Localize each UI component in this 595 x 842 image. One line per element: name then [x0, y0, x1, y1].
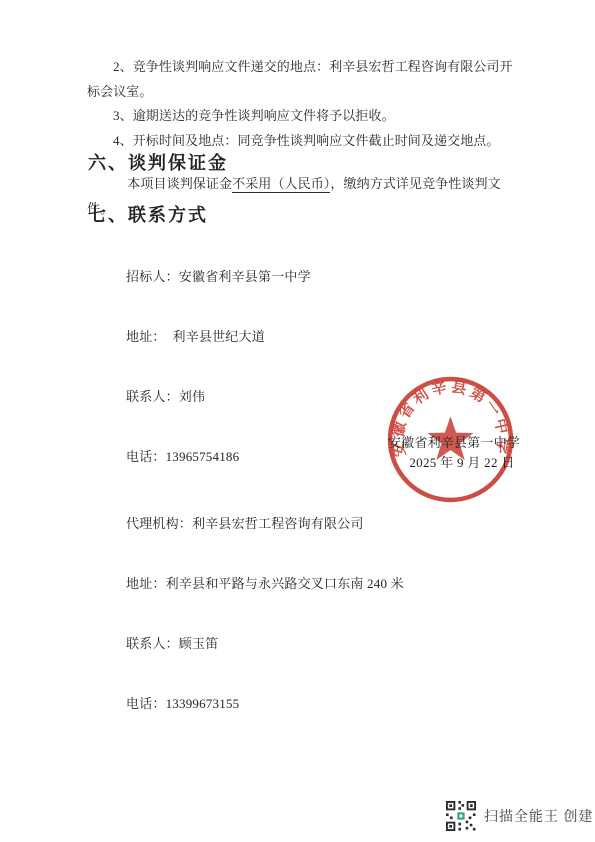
signature-org: 安徽省利辛县第一中学 — [384, 432, 524, 451]
signature-date: 2025 年 9 月 22 日 — [392, 452, 532, 471]
section-heading-contact: 七、联系方式 — [88, 201, 208, 227]
deposit-text-underlined: 不采用（人民币） — [232, 176, 330, 193]
document-page: 2、竞争性谈判响应文件递交的地点：利辛县宏哲工程咨询有限公司开标会议室。 3、逾… — [0, 0, 595, 842]
agency-contact-line: 联系人：顾玉笛 — [126, 634, 526, 654]
camscanner-qr-icon — [446, 801, 476, 831]
notice-body: 2、竞争性谈判响应文件递交的地点：利辛县宏哲工程咨询有限公司开标会议室。 3、逾… — [87, 55, 523, 153]
scanner-watermark-label: 扫描全能王 创建 — [484, 806, 594, 826]
notice-item-2: 2、竞争性谈判响应文件递交的地点：利辛县宏哲工程咨询有限公司开标会议室。 — [87, 55, 523, 104]
scanner-watermark: 扫描全能王 创建 — [446, 801, 594, 831]
agency-address-line: 地址：利辛县和平路与永兴路交叉口东南 240 米 — [126, 574, 526, 594]
bidder-line: 招标人：安徽省利辛县第一中学 — [126, 267, 526, 287]
agency-phone-line: 电话：13399673155 — [126, 694, 526, 714]
agency-line: 代理机构：利辛县宏哲工程咨询有限公司 — [126, 514, 526, 534]
deposit-text-prefix: 本项目谈判保证金 — [127, 176, 232, 191]
notice-item-3: 3、逾期送达的竞争性谈判响应文件将予以拒收。 — [87, 104, 523, 129]
bidder-address-line: 地址： 利辛县世纪大道 — [126, 327, 526, 347]
